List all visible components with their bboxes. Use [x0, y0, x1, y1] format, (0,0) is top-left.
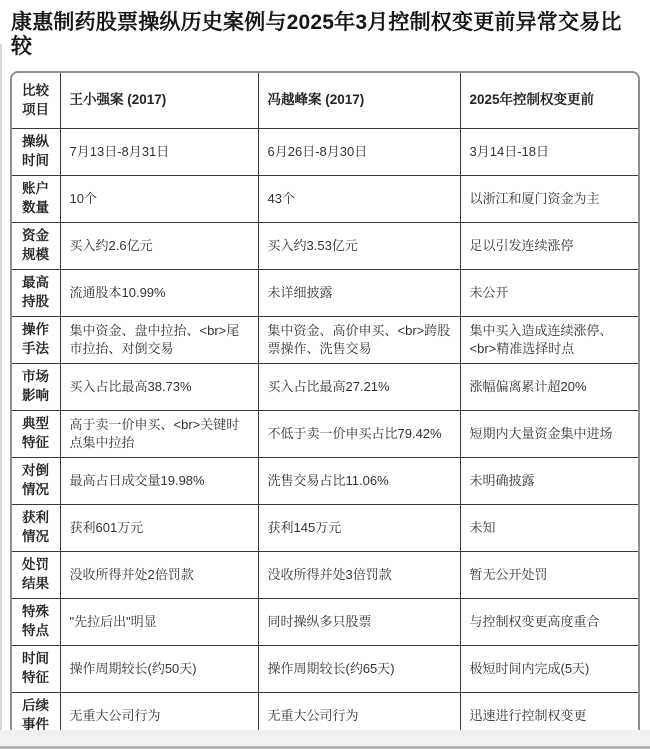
cell: 最高占日成交量19.98%	[60, 458, 258, 505]
cell: 未详细披露	[258, 270, 460, 317]
page-title: 康惠制药股票操纵历史案例与2025年3月控制权变更前异常交易比较	[0, 0, 650, 71]
cell: 以浙江和厦门资金为主	[460, 176, 638, 223]
table-row: 最高持股 流通股本10.99% 未详细披露 未公开	[12, 270, 638, 317]
cell: 7月13日-8月31日	[60, 129, 258, 176]
cell: 3月14日-18日	[460, 129, 638, 176]
table-row: 资金规模 买入约2.6亿元 买入约3.53亿元 足以引发连续涨停	[12, 223, 638, 270]
row-label: 账户数量	[12, 176, 60, 223]
cell: 未公开	[460, 270, 638, 317]
page: 康惠制药股票操纵历史案例与2025年3月控制权变更前异常交易比较 比较项目 王小…	[0, 0, 650, 741]
comparison-table: 比较项目 王小强案 (2017) 冯越峰案 (2017) 2025年控制权变更前…	[10, 71, 640, 741]
table-row: 操作手法 集中资金、盘中拉抬、<br>尾市拉抬、对倒交易 集中资金、高价申买、<…	[12, 317, 638, 364]
header-cell-case-feng: 冯越峰案 (2017)	[258, 73, 460, 129]
cell: 买入约3.53亿元	[258, 223, 460, 270]
table-row: 特殊特点 "先拉后出"明显 同时操纵多只股票 与控制权变更高度重合	[12, 599, 638, 646]
cell: 集中资金、高价申买、<br>跨股票操作、洗售交易	[258, 317, 460, 364]
cell: 短期内大量资金集中进场	[460, 411, 638, 458]
cell: 未知	[460, 505, 638, 552]
cell: 操作周期较长(约65天)	[258, 646, 460, 693]
table-row: 获利情况 获利601万元 获利145万元 未知	[12, 505, 638, 552]
cell: 集中买入造成连续涨停、<br>精准选择时点	[460, 317, 638, 364]
cell: 暂无公开处罚	[460, 552, 638, 599]
cell: "先拉后出"明显	[60, 599, 258, 646]
row-label: 操纵时间	[12, 129, 60, 176]
cell: 6月26日-8月30日	[258, 129, 460, 176]
cell: 买入约2.6亿元	[60, 223, 258, 270]
table-row: 典型特征 高于卖一价申买、<br>关键时点集中拉抬 不低于卖一价申买占比79.4…	[12, 411, 638, 458]
cell: 10个	[60, 176, 258, 223]
row-label: 时间特征	[12, 646, 60, 693]
cell: 高于卖一价申买、<br>关键时点集中拉抬	[60, 411, 258, 458]
row-label: 处罚结果	[12, 552, 60, 599]
cell: 与控制权变更高度重合	[460, 599, 638, 646]
row-label: 市场影响	[12, 364, 60, 411]
cell: 买入占比最高38.73%	[60, 364, 258, 411]
cell: 未明确披露	[460, 458, 638, 505]
table-row: 操纵时间 7月13日-8月31日 6月26日-8月30日 3月14日-18日	[12, 129, 638, 176]
header-cell-case-wang: 王小强案 (2017)	[60, 73, 258, 129]
page-left-edge	[0, 44, 2, 749]
footer-strip	[0, 730, 650, 749]
row-label: 获利情况	[12, 505, 60, 552]
row-label: 操作手法	[12, 317, 60, 364]
cell: 不低于卖一价申买占比79.42%	[258, 411, 460, 458]
cell: 洗售交易占比11.06%	[258, 458, 460, 505]
comparison-table-grid: 比较项目 王小强案 (2017) 冯越峰案 (2017) 2025年控制权变更前…	[12, 73, 638, 739]
row-label: 典型特征	[12, 411, 60, 458]
cell: 涨幅偏离累计超20%	[460, 364, 638, 411]
row-label: 资金规模	[12, 223, 60, 270]
cell: 流通股本10.99%	[60, 270, 258, 317]
table-row: 处罚结果 没收所得并处2倍罚款 没收所得并处3倍罚款 暂无公开处罚	[12, 552, 638, 599]
table-row: 市场影响 买入占比最高38.73% 买入占比最高27.21% 涨幅偏离累计超20…	[12, 364, 638, 411]
cell: 操作周期较长(约50天)	[60, 646, 258, 693]
row-label: 特殊特点	[12, 599, 60, 646]
cell: 获利601万元	[60, 505, 258, 552]
cell: 同时操纵多只股票	[258, 599, 460, 646]
cell: 足以引发连续涨停	[460, 223, 638, 270]
cell: 买入占比最高27.21%	[258, 364, 460, 411]
cell: 43个	[258, 176, 460, 223]
cell: 获利145万元	[258, 505, 460, 552]
cell: 没收所得并处3倍罚款	[258, 552, 460, 599]
table-row: 对倒情况 最高占日成交量19.98% 洗售交易占比11.06% 未明确披露	[12, 458, 638, 505]
table-row: 账户数量 10个 43个 以浙江和厦门资金为主	[12, 176, 638, 223]
header-cell-compare-item: 比较项目	[12, 73, 60, 129]
table-row: 时间特征 操作周期较长(约50天) 操作周期较长(约65天) 极短时间内完成(5…	[12, 646, 638, 693]
cell: 集中资金、盘中拉抬、<br>尾市拉抬、对倒交易	[60, 317, 258, 364]
row-label: 对倒情况	[12, 458, 60, 505]
row-label: 最高持股	[12, 270, 60, 317]
header-row: 比较项目 王小强案 (2017) 冯越峰案 (2017) 2025年控制权变更前	[12, 73, 638, 129]
cell: 没收所得并处2倍罚款	[60, 552, 258, 599]
cell: 极短时间内完成(5天)	[460, 646, 638, 693]
header-cell-2025: 2025年控制权变更前	[460, 73, 638, 129]
